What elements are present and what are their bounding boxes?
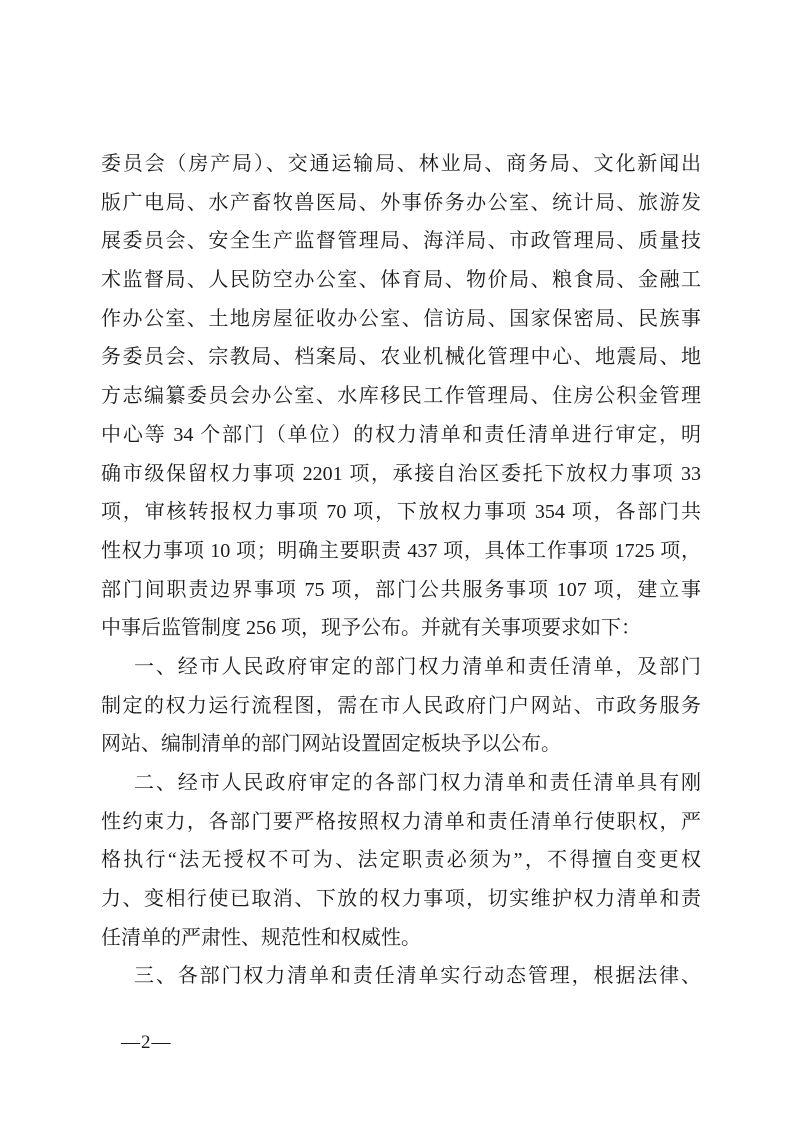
text-line: 制定的权力运行流程图，需在市人民政府门户网站、市政务服务 (101, 687, 701, 726)
text-line: 展委员会、安全生产监督管理局、海洋局、市政管理局、质量技 (101, 222, 701, 261)
text-line-item-3: 三、各部门权力清单和责任清单实行动态管理，根据法律、 (101, 957, 701, 996)
text-line: 性权力事项 10 项；明确主要职责 437 项，具体工作事项 1725 项， (101, 532, 701, 571)
text-line: 作办公室、土地房屋征收办公室、信访局、国家保密局、民族事 (101, 300, 701, 339)
text-line: 术监督局、人民防空办公室、体育局、物价局、粮食局、金融工 (101, 261, 701, 300)
document-body-text: 委员会（房产局）、交通运输局、林业局、商务局、文化新闻出 版广电局、水产畜牧兽医… (101, 145, 701, 996)
document-page: 委员会（房产局）、交通运输局、林业局、商务局、文化新闻出 版广电局、水产畜牧兽医… (0, 0, 794, 1123)
text-line: 务委员会、宗教局、档案局、农业机械化管理中心、地震局、地 (101, 338, 701, 377)
text-line-item-1: 一、经市人民政府审定的部门权力清单和责任清单，及部门 (101, 648, 701, 687)
text-line-paragraph-end: 网站、编制清单的部门网站设置固定板块予以公布。 (101, 725, 701, 764)
text-line: 格执行“法无授权不可为、法定职责必须为”，不得擅自变更权 (101, 841, 701, 880)
text-line-item-2: 二、经市人民政府审定的各部门权力清单和责任清单具有刚 (101, 764, 701, 803)
text-line: 方志编纂委员会办公室、水库移民工作管理局、住房公积金管理 (101, 377, 701, 416)
text-line: 项，审核转报权力事项 70 项，下放权力事项 354 项，各部门共 (101, 493, 701, 532)
text-line: 部门间职责边界事项 75 项，部门公共服务事项 107 项，建立事 (101, 571, 701, 610)
text-line: 力、变相行使已取消、下放的权力事项，切实维护权力清单和责 (101, 880, 701, 919)
text-line: 中心等 34 个部门（单位）的权力清单和责任清单进行审定，明 (101, 416, 701, 455)
text-line-paragraph-end: 任清单的严肃性、规范性和权威性。 (101, 919, 701, 958)
text-line: 委员会（房产局）、交通运输局、林业局、商务局、文化新闻出 (101, 145, 701, 184)
text-line: 确市级保留权力事项 2201 项，承接自治区委托下放权力事项 33 (101, 455, 701, 494)
page-number: —2— (121, 1031, 172, 1055)
text-line-paragraph-end: 中事后监管制度 256 项，现予公布。并就有关事项要求如下： (101, 609, 701, 648)
text-line: 版广电局、水产畜牧兽医局、外事侨务办公室、统计局、旅游发 (101, 184, 701, 223)
text-line: 性约束力，各部门要严格按照权力清单和责任清单行使职权，严 (101, 803, 701, 842)
